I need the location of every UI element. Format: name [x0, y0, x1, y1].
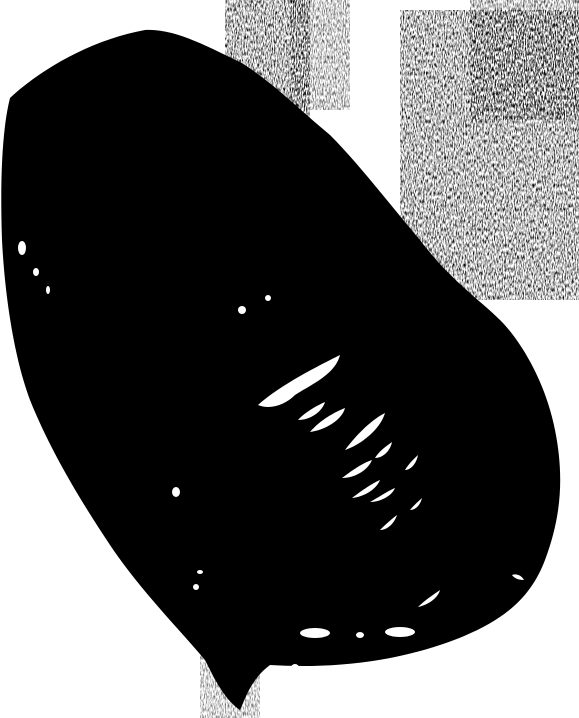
photograph: [0, 0, 579, 718]
